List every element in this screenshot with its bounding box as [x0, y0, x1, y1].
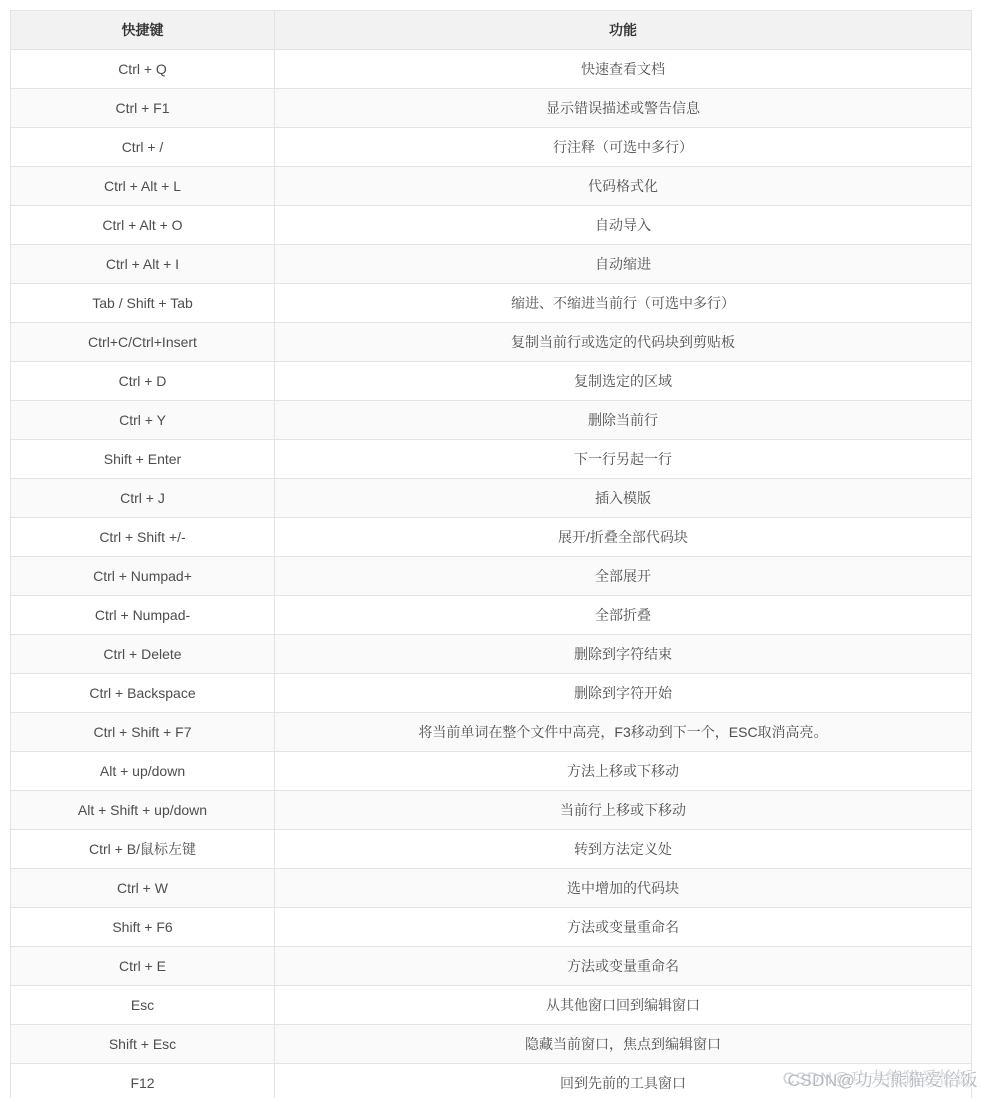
- table-row: Alt + Shift + up/down 当前行上移或下移动: [11, 791, 972, 830]
- function-cell: 当前行上移或下移动: [275, 791, 972, 830]
- shortcut-cell: Ctrl + B/鼠标左键: [11, 830, 275, 869]
- shortcut-cell: Ctrl + Alt + I: [11, 245, 275, 284]
- function-cell: 显示错误描述或警告信息: [275, 89, 972, 128]
- table-row: Ctrl+C/Ctrl+Insert 复制当前行或选定的代码块到剪贴板: [11, 323, 972, 362]
- shortcut-cell: Alt + up/down: [11, 752, 275, 791]
- shortcut-cell: Shift + Esc: [11, 1025, 275, 1064]
- shortcut-cell: Ctrl+C/Ctrl+Insert: [11, 323, 275, 362]
- function-cell: 行注释（可选中多行）: [275, 128, 972, 167]
- function-cell: 方法或变量重命名: [275, 947, 972, 986]
- shortcut-cell: F12: [11, 1064, 275, 1098]
- function-cell: 删除到字符结束: [275, 635, 972, 674]
- function-cell: 方法上移或下移动: [275, 752, 972, 791]
- table-row: Alt + up/down 方法上移或下移动: [11, 752, 972, 791]
- shortcut-cell: Ctrl + Alt + L: [11, 167, 275, 206]
- function-cell: 代码格式化: [275, 167, 972, 206]
- table-row: Tab / Shift + Tab 缩进、不缩进当前行（可选中多行）: [11, 284, 972, 323]
- table-row: Ctrl + E 方法或变量重命名: [11, 947, 972, 986]
- header-shortcut-column: 快捷键: [11, 11, 275, 50]
- shortcut-cell: Ctrl + Shift + F7: [11, 713, 275, 752]
- table-row: Ctrl + Y 删除当前行: [11, 401, 972, 440]
- shortcut-cell: Ctrl + W: [11, 869, 275, 908]
- table-row: Ctrl + B/鼠标左键 转到方法定义处: [11, 830, 972, 869]
- shortcut-cell: Ctrl + /: [11, 128, 275, 167]
- table-row: Ctrl + Delete 删除到字符结束: [11, 635, 972, 674]
- function-cell: 自动导入: [275, 206, 972, 245]
- table-header-row: 快捷键 功能: [11, 11, 972, 50]
- function-cell: 复制选定的区域: [275, 362, 972, 401]
- shortcut-cell: Ctrl + E: [11, 947, 275, 986]
- table-row: Ctrl + J 插入模版: [11, 479, 972, 518]
- shortcut-cell: Ctrl + Delete: [11, 635, 275, 674]
- table-row: Ctrl + Alt + O 自动导入: [11, 206, 972, 245]
- shortcut-cell: Ctrl + D: [11, 362, 275, 401]
- function-cell: 从其他窗口回到编辑窗口: [275, 986, 972, 1025]
- table-row: Ctrl + D 复制选定的区域: [11, 362, 972, 401]
- table-row: Shift + F6 方法或变量重命名: [11, 908, 972, 947]
- function-cell: 回到先前的工具窗口: [275, 1064, 972, 1098]
- header-function-column: 功能: [275, 11, 972, 50]
- table-body: Ctrl + Q 快速查看文档 Ctrl + F1 显示错误描述或警告信息 Ct…: [11, 50, 972, 1098]
- table-row: Ctrl + Shift +/- 展开/折叠全部代码块: [11, 518, 972, 557]
- shortcut-cell: Ctrl + Alt + O: [11, 206, 275, 245]
- table-row: Ctrl + F1 显示错误描述或警告信息: [11, 89, 972, 128]
- shortcut-cell: Shift + F6: [11, 908, 275, 947]
- shortcut-cell: Ctrl + J: [11, 479, 275, 518]
- function-cell: 全部展开: [275, 557, 972, 596]
- function-cell: 将当前单词在整个文件中高亮，F3移动到下一个，ESC取消高亮。: [275, 713, 972, 752]
- shortcut-cell: Ctrl + Numpad-: [11, 596, 275, 635]
- shortcut-cell: Ctrl + F1: [11, 89, 275, 128]
- table-row: Shift + Esc 隐藏当前窗口，焦点到编辑窗口: [11, 1025, 972, 1064]
- function-cell: 选中增加的代码块: [275, 869, 972, 908]
- table-row: Ctrl + / 行注释（可选中多行）: [11, 128, 972, 167]
- table-row: Esc 从其他窗口回到编辑窗口: [11, 986, 972, 1025]
- function-cell: 删除当前行: [275, 401, 972, 440]
- function-cell: 方法或变量重命名: [275, 908, 972, 947]
- table-row: Ctrl + W 选中增加的代码块: [11, 869, 972, 908]
- shortcut-table: 快捷键 功能 Ctrl + Q 快速查看文档 Ctrl + F1 显示错误描述或…: [10, 10, 972, 1098]
- function-cell: 复制当前行或选定的代码块到剪贴板: [275, 323, 972, 362]
- table-row: Ctrl + Alt + I 自动缩进: [11, 245, 972, 284]
- shortcut-cell: Esc: [11, 986, 275, 1025]
- table-row: F12 回到先前的工具窗口: [11, 1064, 972, 1098]
- shortcut-cell: Ctrl + Shift +/-: [11, 518, 275, 557]
- function-cell: 下一行另起一行: [275, 440, 972, 479]
- function-cell: 全部折叠: [275, 596, 972, 635]
- table-row: Ctrl + Alt + L 代码格式化: [11, 167, 972, 206]
- table-row: Ctrl + Q 快速查看文档: [11, 50, 972, 89]
- function-cell: 自动缩进: [275, 245, 972, 284]
- function-cell: 插入模版: [275, 479, 972, 518]
- shortcut-cell: Ctrl + Numpad+: [11, 557, 275, 596]
- function-cell: 缩进、不缩进当前行（可选中多行）: [275, 284, 972, 323]
- shortcut-reference-page: 快捷键 功能 Ctrl + Q 快速查看文档 Ctrl + F1 显示错误描述或…: [0, 0, 982, 1098]
- shortcut-cell: Ctrl + Backspace: [11, 674, 275, 713]
- shortcut-cell: Ctrl + Q: [11, 50, 275, 89]
- table-row: Ctrl + Numpad+ 全部展开: [11, 557, 972, 596]
- shortcut-cell: Shift + Enter: [11, 440, 275, 479]
- function-cell: 展开/折叠全部代码块: [275, 518, 972, 557]
- table-row: Ctrl + Shift + F7 将当前单词在整个文件中高亮，F3移动到下一个…: [11, 713, 972, 752]
- table-row: Ctrl + Backspace 删除到字符开始: [11, 674, 972, 713]
- function-cell: 隐藏当前窗口，焦点到编辑窗口: [275, 1025, 972, 1064]
- table-row: Shift + Enter 下一行另起一行: [11, 440, 972, 479]
- shortcut-cell: Tab / Shift + Tab: [11, 284, 275, 323]
- function-cell: 删除到字符开始: [275, 674, 972, 713]
- table-row: Ctrl + Numpad- 全部折叠: [11, 596, 972, 635]
- shortcut-cell: Ctrl + Y: [11, 401, 275, 440]
- function-cell: 转到方法定义处: [275, 830, 972, 869]
- function-cell: 快速查看文档: [275, 50, 972, 89]
- shortcut-cell: Alt + Shift + up/down: [11, 791, 275, 830]
